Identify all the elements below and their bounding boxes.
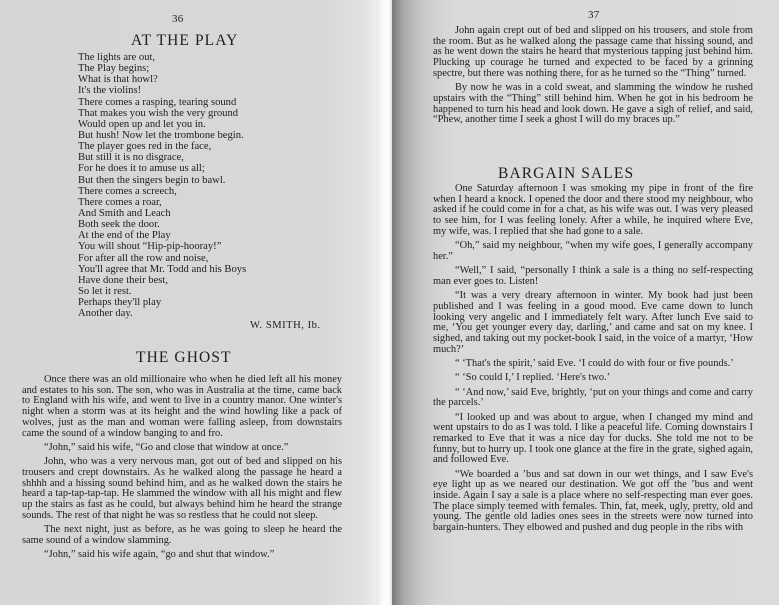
poem-title: AT THE PLAY	[131, 32, 238, 50]
poem-line: Have done their best,	[78, 275, 246, 286]
poem-line: But hush! Now let the trombone begin.	[78, 130, 246, 141]
poem-body: The lights are out, The Play begins; Wha…	[78, 52, 246, 319]
paragraph: Once there was an old millionaire who wh…	[22, 375, 342, 439]
paragraph: John, who was a very nervous man, got ou…	[22, 457, 342, 521]
paragraph: “ ‘So could I,’ I replied. ‘Here's two.’	[433, 373, 753, 384]
paragraph: “ ‘That's the spirit,’ said Eve. ‘I coul…	[433, 359, 753, 370]
poem-line: But still it is no disgrace,	[78, 152, 246, 163]
poem-line: At the end of the Play	[78, 230, 246, 241]
poem-line: The lights are out,	[78, 52, 246, 63]
poem-line: There comes a rasping, tearing sound	[78, 97, 246, 108]
story-title-ghost: THE GHOST	[136, 349, 232, 367]
paragraph: The next night, just as before, as he wa…	[22, 525, 342, 546]
poem-line: What is that howl?	[78, 74, 246, 85]
page-number-right: 37	[588, 9, 599, 21]
story-title-bargain-sales: BARGAIN SALES	[498, 165, 634, 183]
paragraph: One Saturday afternoon I was smoking my …	[433, 184, 753, 238]
poem-line: Perhaps they'll play	[78, 297, 246, 308]
paragraph: John again crept out of bed and slipped …	[433, 26, 753, 80]
story-body-ghost: Once there was an old millionaire who wh…	[22, 375, 342, 564]
paragraph: “John,” said his wife, “Go and close tha…	[22, 443, 342, 454]
poem-line: There comes a roar,	[78, 197, 246, 208]
poem-line: For after all the row and noise,	[78, 253, 246, 264]
left-page: 36 AT THE PLAY The lights are out, The P…	[0, 0, 380, 605]
paragraph: “I looked up and was about to argue, whe…	[433, 413, 753, 467]
story-body-bargain-sales: One Saturday afternoon I was smoking my …	[433, 184, 753, 537]
poem-signature: W. SMITH, Ib.	[250, 320, 321, 331]
poem-line: But then the singers begin to bawl.	[78, 175, 246, 186]
right-page: 37 John again crept out of bed and slipp…	[392, 0, 779, 605]
paragraph: By now he was in a cold sweat, and slamm…	[433, 83, 753, 126]
poem-line: You'll agree that Mr. Todd and his Boys	[78, 264, 246, 275]
poem-line: It's the violins!	[78, 85, 246, 96]
paragraph: “John,” said his wife again, “go and shu…	[22, 550, 342, 561]
paragraph: “ ‘And now,’ said Eve, brightly, ‘put on…	[433, 388, 753, 409]
page-number-left: 36	[172, 13, 183, 25]
paragraph: “Well,” I said, “personally I think a sa…	[433, 266, 753, 287]
paragraph: “It was a very dreary afternoon in winte…	[433, 291, 753, 355]
poem-line: And Smith and Leach	[78, 208, 246, 219]
poem-line: That makes you wish the very ground	[78, 108, 246, 119]
paragraph: “We boarded a ’bus and sat down in our w…	[433, 470, 753, 534]
poem-line: You will shout “Hip-pip-hooray!”	[78, 241, 246, 252]
paragraph: “Oh,” said my neighbour, “when my wife g…	[433, 241, 753, 262]
poem-line: So let it rest.	[78, 286, 246, 297]
poem-line: The Play begins;	[78, 63, 246, 74]
poem-line: Both seek the door.	[78, 219, 246, 230]
poem-line: Would open up and let you in.	[78, 119, 246, 130]
poem-line: Another day.	[78, 308, 246, 319]
poem-line: The player goes red in the face,	[78, 141, 246, 152]
story-body-ghost-continued: John again crept out of bed and slipped …	[433, 26, 753, 130]
poem-line: For he does it to amuse us all;	[78, 163, 246, 174]
poem-line: There comes a screech,	[78, 186, 246, 197]
